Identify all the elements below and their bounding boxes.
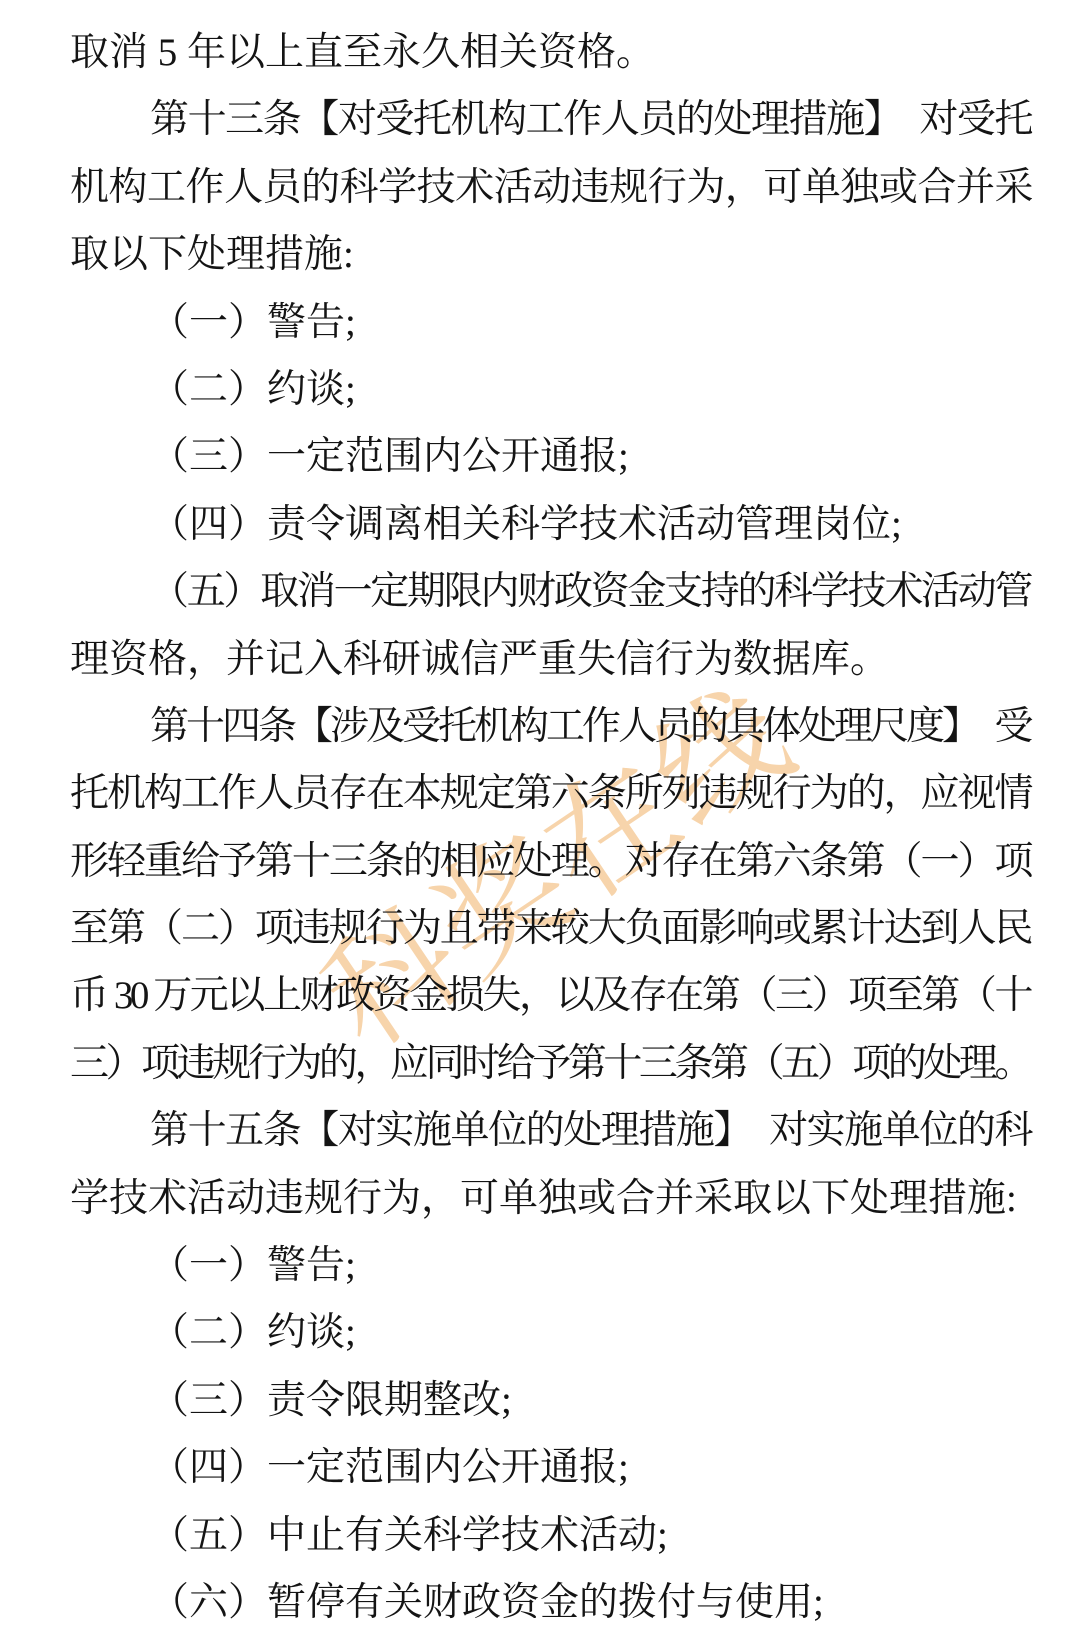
text-line: （四）责令调离相关科学技术活动管理岗位; — [70, 491, 1030, 558]
text-line: （二）约谈; — [70, 356, 1030, 423]
text-line: 三）项违规行为的，应同时给予第十三条第（五）项的处理。 — [70, 1030, 1030, 1097]
text-line: 取消 5 年以上直至永久相关资格。 — [70, 19, 1030, 86]
document-page: 科奖在线 取消 5 年以上直至永久相关资格。 第十三条【对受托机构工作人员的处理… — [0, 0, 1080, 1642]
text-line: 币 30 万元以上财政资金损失，以及存在第（三）项至第（十 — [70, 962, 1030, 1029]
text-line: （一）警告; — [70, 1232, 1030, 1299]
text-line: （四）一定范围内公开通报; — [70, 1434, 1030, 1501]
text-line: 第十四条【涉及受托机构工作人员的具体处理尺度】 受 — [70, 693, 1030, 760]
text-line: （二）约谈; — [70, 1299, 1030, 1366]
text-line: （五）中止有关科学技术活动; — [70, 1502, 1030, 1569]
text-line: 至第（二）项违规行为且带来较大负面影响或累计达到人民 — [70, 895, 1030, 962]
document-content: 取消 5 年以上直至永久相关资格。 第十三条【对受托机构工作人员的处理措施】 对… — [70, 19, 1030, 1636]
text-line: （六）暂停有关财政资金的拨付与使用; — [70, 1569, 1030, 1636]
text-line: 第十三条【对受托机构工作人员的处理措施】 对受托 — [70, 86, 1030, 153]
text-line: 形轻重给予第十三条的相应处理。对存在第六条第（一）项 — [70, 828, 1030, 895]
text-line: （一）警告; — [70, 289, 1030, 356]
text-line: 机构工作人员的科学技术活动违规行为，可单独或合并采 — [70, 154, 1030, 221]
text-line: （三）责令限期整改; — [70, 1367, 1030, 1434]
text-line: （三）一定范围内公开通报; — [70, 423, 1030, 490]
text-line: 取以下处理措施: — [70, 221, 1030, 288]
text-line: 第十五条【对实施单位的处理措施】 对实施单位的科 — [70, 1097, 1030, 1164]
text-line: 学技术活动违规行为，可单独或合并采取以下处理措施: — [70, 1165, 1030, 1232]
text-line: 理资格，并记入科研诚信严重失信行为数据库。 — [70, 626, 1030, 693]
text-line: 托机构工作人员存在本规定第六条所列违规行为的，应视情 — [70, 760, 1030, 827]
text-line: （五）取消一定期限内财政资金支持的科学技术活动管 — [70, 558, 1030, 625]
